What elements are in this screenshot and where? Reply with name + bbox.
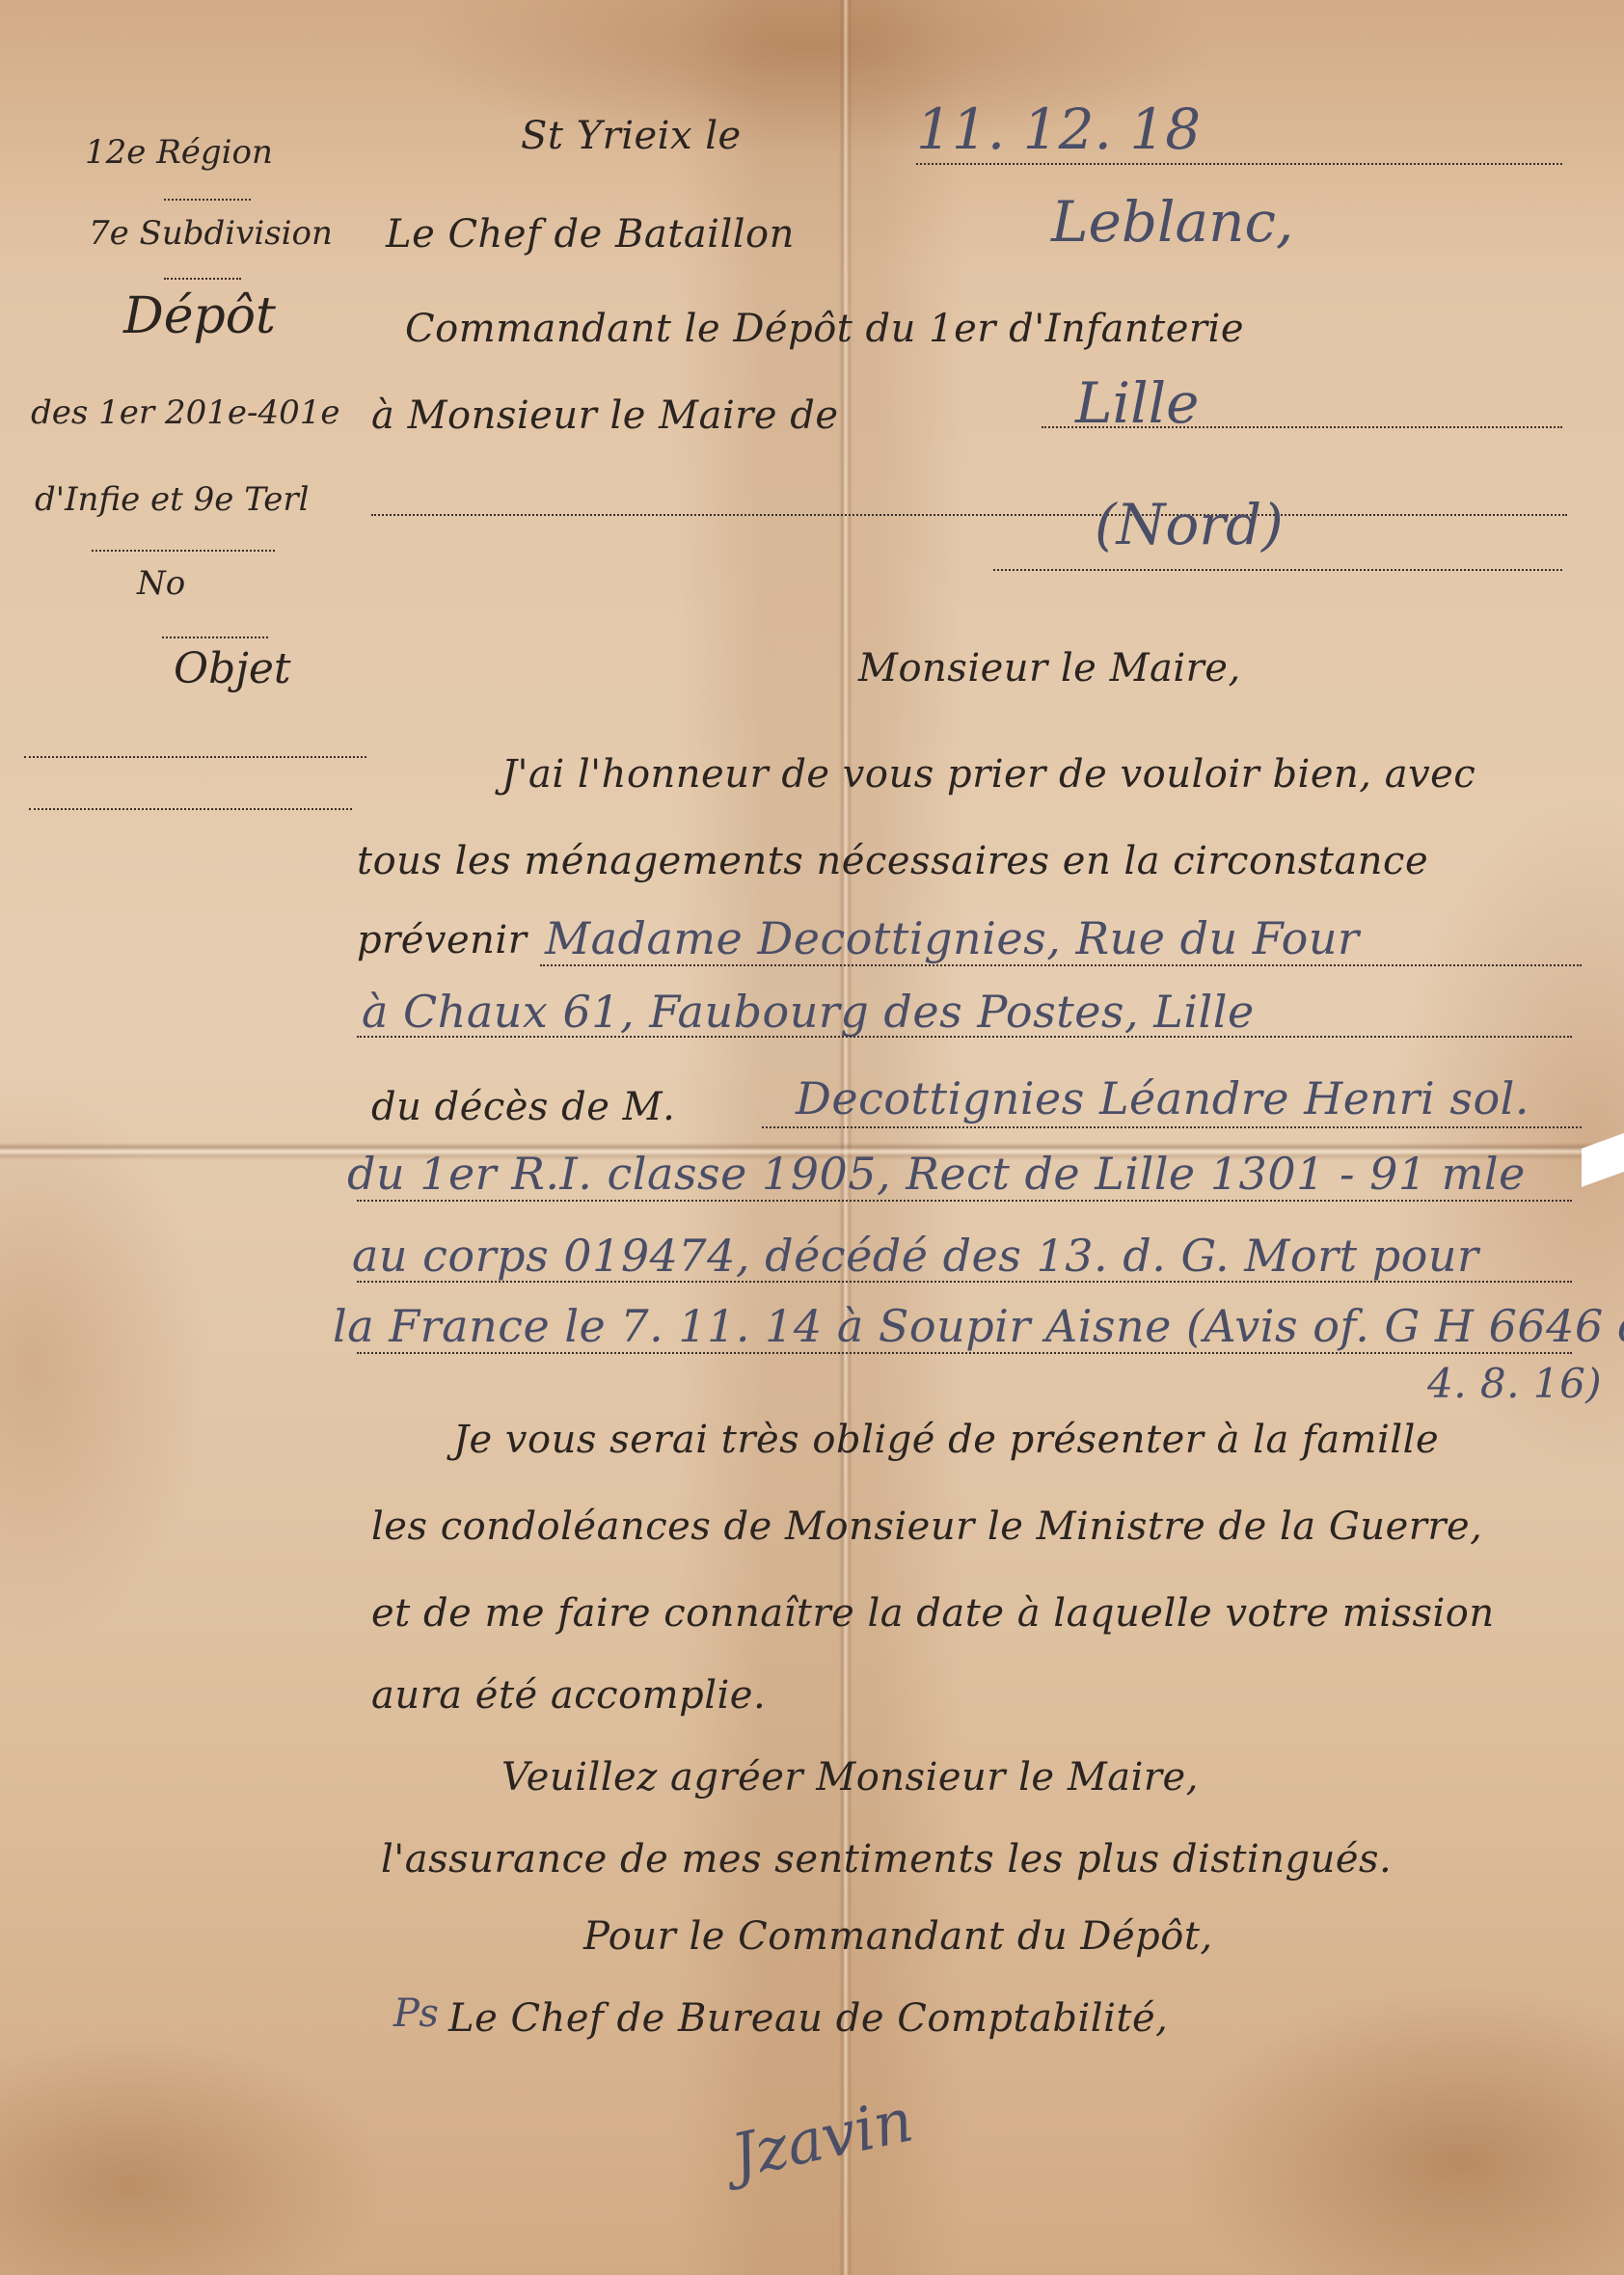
body-line: J'ai l'honneur de vous prier de vouloir … bbox=[501, 752, 1475, 797]
sender-prefix: Le Chef de Bataillon bbox=[386, 212, 795, 257]
letter-sheet: 12e Région 7e Subdivision Dépôt des 1er … bbox=[0, 0, 1624, 2275]
address-line bbox=[993, 569, 1562, 571]
addressee-address: à Chaux 61, Faubourg des Postes, Lille bbox=[362, 986, 1255, 1038]
paper-tear bbox=[1582, 1127, 1624, 1187]
date-line bbox=[916, 163, 1562, 165]
deceased-details: du 1er R.I. classe 1905, Rect de Lille 1… bbox=[347, 1148, 1526, 1200]
body-line-prefix: du décès de M. bbox=[371, 1085, 675, 1129]
recipient-prefix: à Monsieur le Maire de bbox=[371, 393, 839, 438]
signatory-line: Pour le Commandant du Dépôt, bbox=[583, 1914, 1213, 1959]
divider bbox=[24, 756, 366, 758]
body-line-prefix: prévenir bbox=[357, 918, 527, 962]
salutation: Monsieur le Maire, bbox=[858, 646, 1241, 691]
sender-name: Leblanc, bbox=[1051, 189, 1293, 255]
signatory-title: Le Chef de Bureau de Comptabilité, bbox=[448, 1996, 1168, 2041]
fill-line bbox=[762, 1126, 1582, 1128]
closing-line: l'assurance de mes sentiments les plus d… bbox=[381, 1837, 1392, 1882]
number-label: No bbox=[137, 564, 185, 603]
signatory-prefix: Ps bbox=[393, 1991, 439, 2036]
units-line-2: d'Infie et 9e Terl bbox=[35, 480, 309, 519]
divider bbox=[164, 199, 251, 201]
closing-line: Veuillez agréer Monsieur le Maire, bbox=[501, 1755, 1199, 1800]
recipient-department: (Nord) bbox=[1095, 492, 1284, 557]
deceased-name: Decottignies Léandre Henri sol. bbox=[796, 1072, 1529, 1124]
sender-title: Commandant le Dépôt du 1er d'Infanterie bbox=[405, 307, 1244, 351]
address-line bbox=[371, 514, 1567, 516]
divider bbox=[92, 550, 275, 552]
divider bbox=[162, 636, 268, 638]
divider bbox=[164, 278, 241, 280]
depot-label: Dépôt bbox=[123, 287, 276, 345]
fill-line bbox=[357, 1200, 1572, 1202]
fill-line bbox=[357, 1281, 1572, 1283]
fill-line bbox=[540, 964, 1582, 966]
subdivision-label: 7e Subdivision bbox=[89, 214, 333, 253]
letter-date: 11. 12. 18 bbox=[916, 96, 1201, 162]
addressee-name: Madame Decottignies, Rue du Four bbox=[545, 912, 1359, 964]
body-line: et de me faire connaître la date à laque… bbox=[371, 1591, 1495, 1636]
body-line: tous les ménagements nécessaires en la c… bbox=[357, 839, 1428, 883]
body-line: Je vous serai très obligé de présenter à… bbox=[453, 1418, 1439, 1462]
fill-line bbox=[357, 1036, 1572, 1038]
region-label: 12e Région bbox=[85, 133, 273, 172]
place-date-prefix: St Yrieix le bbox=[521, 114, 742, 158]
body-line: les condoléances de Monsieur le Ministre… bbox=[371, 1504, 1482, 1549]
city-line bbox=[1042, 426, 1562, 428]
notice-date: 4. 8. 16) bbox=[1427, 1360, 1602, 1407]
deceased-details: au corps 019474, décédé des 13. d. G. Mo… bbox=[352, 1230, 1478, 1282]
divider bbox=[29, 808, 352, 810]
death-details: la France le 7. 11. 14 à Soupir Aisne (A… bbox=[333, 1300, 1624, 1352]
units-line-1: des 1er 201e-401e bbox=[31, 393, 339, 432]
fill-line bbox=[357, 1352, 1572, 1354]
object-label: Objet bbox=[174, 644, 291, 693]
body-line: aura été accomplie. bbox=[371, 1673, 766, 1718]
